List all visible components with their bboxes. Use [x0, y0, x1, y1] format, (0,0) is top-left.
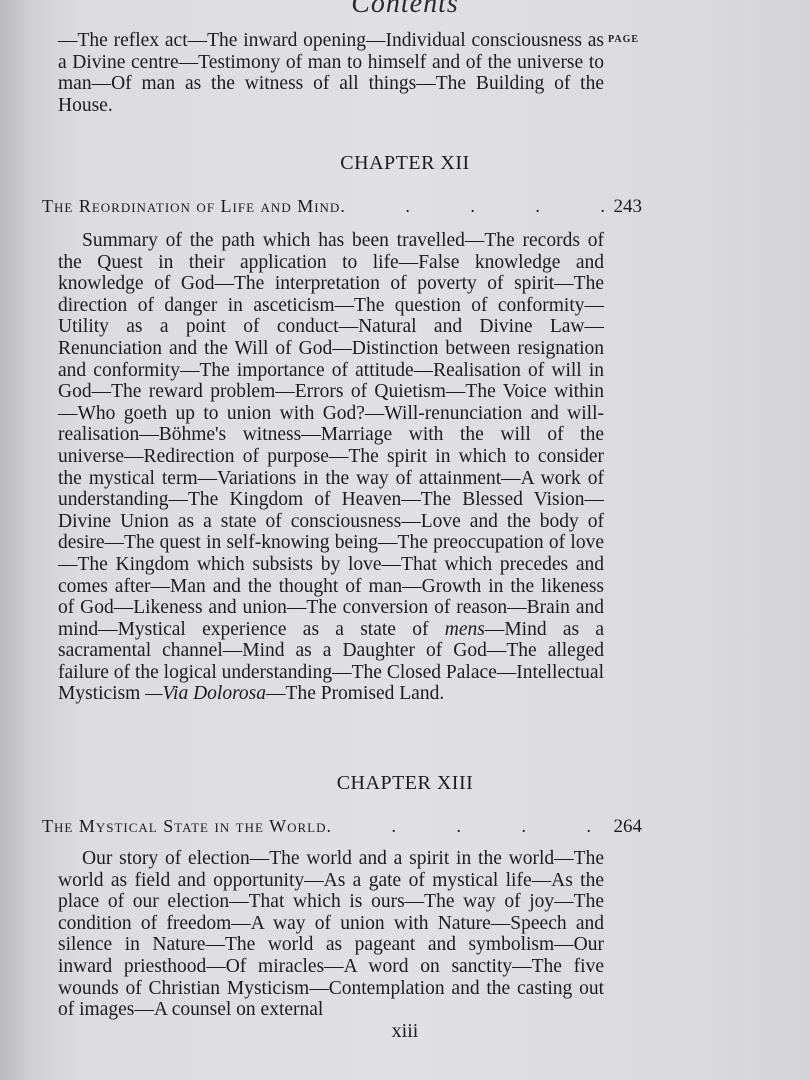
running-head: Contents — [0, 0, 810, 20]
summary-italic-term: mens — [445, 619, 485, 640]
chapter-heading-xiii: CHAPTER XIII — [0, 772, 810, 795]
chapter-heading-xii: CHAPTER XII — [0, 152, 810, 175]
chapter-xiii-summary: Our story of election—The world and a sp… — [58, 848, 604, 1021]
entry-title: The Reordination of Life and Mind — [42, 196, 340, 217]
summary-text: —The Promised Land. — [266, 683, 444, 704]
summary-text: Summary of the path which has been trave… — [58, 230, 604, 640]
leader-dots: . . . . . — [327, 816, 614, 837]
toc-entry-chapter-xii[interactable]: The Reordination of Life and Mind . . . … — [42, 196, 642, 218]
summary-italic-term: —Via Dolorosa — [145, 683, 266, 704]
entry-title: The Mystical State in the World — [42, 816, 327, 837]
page-folio: xiii — [0, 1020, 810, 1043]
entry-page-number: 243 — [614, 196, 643, 218]
book-page: Contents PAGE —The reflex act—The inward… — [0, 0, 810, 1080]
leader-dots: . . . . . — [340, 196, 613, 217]
toc-entry-chapter-xiii[interactable]: The Mystical State in the World . . . . … — [42, 816, 642, 838]
continued-summary: —The reflex act—The inward opening—Indiv… — [58, 30, 604, 116]
chapter-xii-summary: Summary of the path which has been trave… — [58, 230, 604, 705]
page-column-label: PAGE — [608, 34, 639, 45]
entry-page-number: 264 — [614, 816, 643, 838]
